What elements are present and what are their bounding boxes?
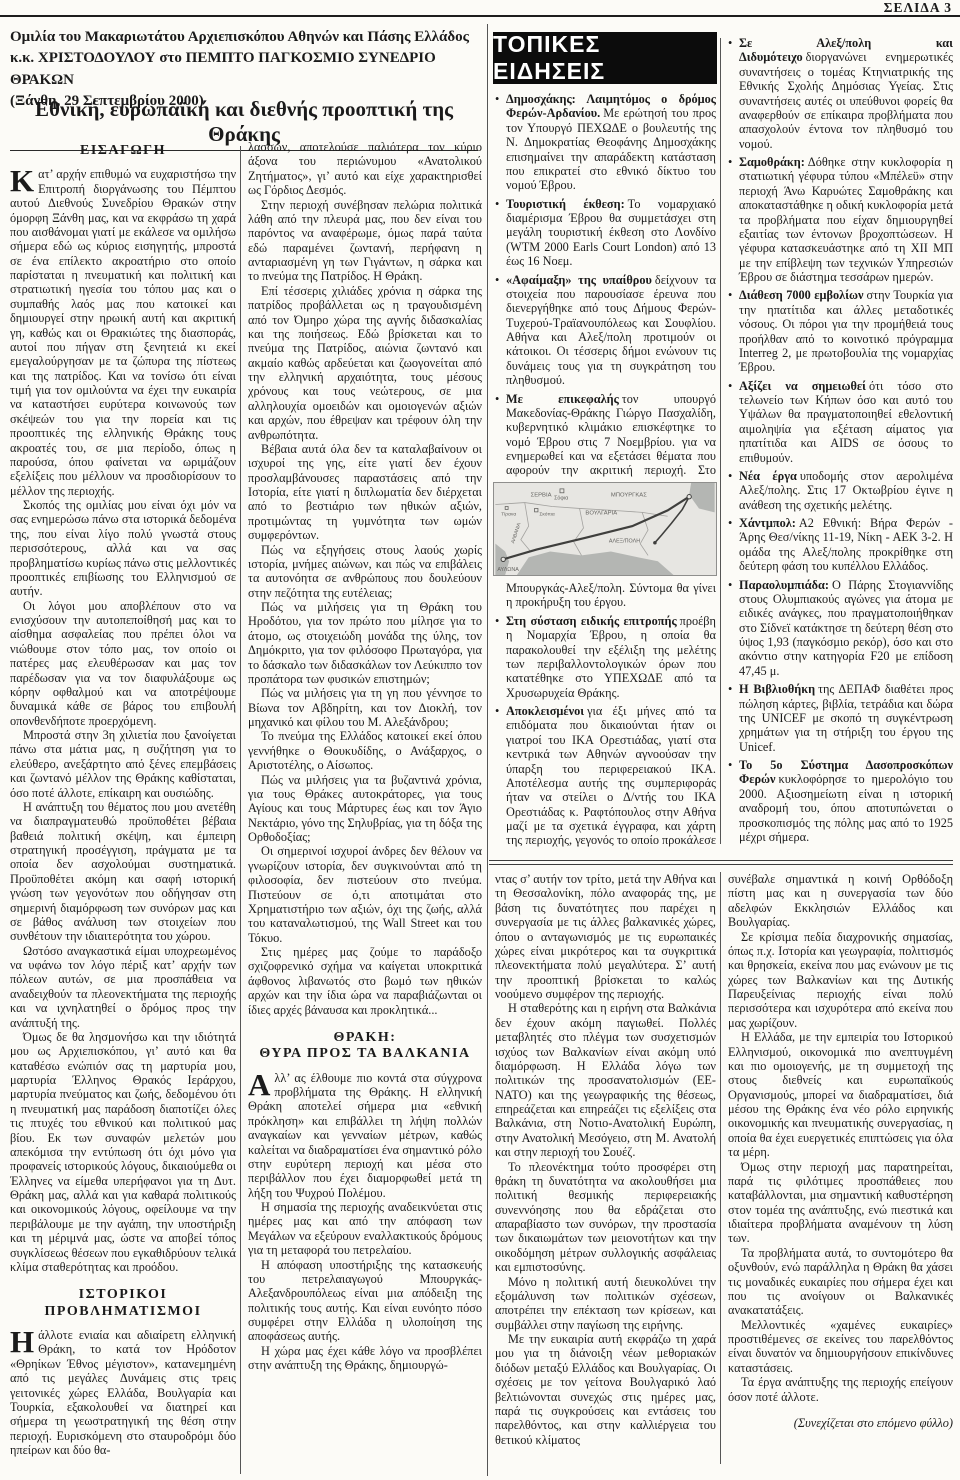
paragraph-text: Η απόφαση υποστήριξης της κατασκευής του… bbox=[248, 1258, 482, 1344]
article-paragraph: Αλλ’ ας έλθουμε πιο κοντά στα σύγχρονα π… bbox=[248, 1071, 482, 1200]
paragraph-text: Πώς να μιλήσεις για τη γη που γέννησε το… bbox=[248, 686, 482, 729]
news-item-text: διοργανώνει ενημερωτικές συναντήσεις ο τ… bbox=[739, 50, 953, 150]
news-item: Η Βιβλιοθήκητης ΔΕΠΑΦ διαθέτει προς πώλη… bbox=[728, 682, 953, 754]
article-block: Η σταθερότης και η ειρήνη στα Βαλκάνια δ… bbox=[495, 1001, 716, 1159]
article-paragraph: Μελλοντικές «χαμένες ευκαιρίες» προστιθέ… bbox=[728, 1318, 953, 1376]
article-block: Η ανάπτυξη του θέματος που μου ανετέθη ν… bbox=[10, 800, 236, 944]
article-paragraph: Βέβαια αυτά όλα δεν τα καταλαβαίνουν οι … bbox=[248, 442, 482, 543]
news-item: Με επικεφαλήςτον υπουργό Μακεδονίας-Θράκ… bbox=[495, 392, 716, 481]
news-item: Τουριστική έκθεση:Το νομαρχιακό διαμέρισ… bbox=[495, 197, 716, 269]
news-item-lead: Παραολυμπιάδα: bbox=[739, 578, 829, 592]
column-rule-2 bbox=[487, 24, 488, 1476]
article-column-1: ΕΙΣΑΓΩΓΗ Κατ’ αρχήν επιθυμώ να ευχαριστή… bbox=[10, 140, 236, 1478]
paragraph-text: Οι σημερινοί ισχυροί άνδρες δεν θέλουν ν… bbox=[248, 844, 482, 944]
paragraph-text: Σε κρίσιμα πεδία διαχρονικής σημασίας, ό… bbox=[728, 930, 953, 1030]
pipeline-endpoint-burgas bbox=[687, 495, 691, 499]
news-item-lead: «Αφαίμαξη» της υπαίθρου bbox=[506, 273, 652, 287]
news-item-text: Μπουργκάς-Αλεξ/πολη. Σύντομα θα γίνει η … bbox=[506, 582, 716, 609]
article-block: Η απόφαση υποστήριξης της κατασκευής του… bbox=[248, 1258, 482, 1344]
paragraph-text: Βέβαια αυτά όλα δεν τα καταλαβαίνουν οι … bbox=[248, 442, 482, 542]
pipeline-endpoint-avlona bbox=[501, 557, 505, 561]
news-item-lead: Στη σύσταση ειδικής επιτροπής bbox=[506, 614, 677, 628]
article-paragraph: Κατ’ αρχήν επιθυμώ να ευχαριστήσω την Επ… bbox=[10, 167, 236, 498]
column-rule-1 bbox=[240, 146, 241, 1474]
news-item: Αξίζει να σημειωθείότι τόσο στο τελωνείο… bbox=[728, 379, 953, 465]
article-block: Ηάλλοτε ενιαία και αδιαίρετη ελληνική Θρ… bbox=[10, 1328, 236, 1457]
article-block: Όμως δε θα λησμονήσω και την ιδιότητά μο… bbox=[10, 1030, 236, 1274]
article-block: Σε κρίσιμα πεδία διαχρονικής σημασίας, ό… bbox=[728, 930, 953, 1031]
article-block: Σκοπός της ομιλίας μου είναι όχι μόν να … bbox=[10, 498, 236, 599]
news-item: Σαμοθράκη:Δόθηκε στην κυκλοφορία η στατι… bbox=[728, 155, 953, 284]
article-paragraph: Η Ελλάδα, με την εμπειρία του Ιστορικού … bbox=[728, 1030, 953, 1159]
paragraph-text: Μπροστά στην 3η χιλιετία που ξανοίγεται … bbox=[10, 728, 236, 800]
paragraph-text: Στις ημέρες μας ζούμε το παράδοξο σχιζοφ… bbox=[248, 945, 482, 1017]
newspaper-page: ΣΕΛΙΔΑ 3 Ομιλία του Μακαριωτάτου Αρχιεπι… bbox=[0, 0, 960, 1480]
article-block: Η σημασία της περιοχής αναδεικνύεται στι… bbox=[248, 1200, 482, 1258]
section-heading: ΘΡΑΚΗ: ΘΥΡΑ ΠΡΟΣ ΤΑ ΒΑΛΚΑΝΙΑ bbox=[248, 1030, 482, 1063]
news-item-text: για έξι μήνες από τα επιδόματα που δικαι… bbox=[506, 704, 716, 848]
map-label-bulgaria: ΒΟΥΛΓΑΡΙΑ bbox=[585, 510, 617, 516]
article-paragraph: Επί τέσσερις χιλιάδες χρόνια η σάρκα της… bbox=[248, 284, 482, 442]
news-item: Μπουργκάς-Αλεξ/πολη. Σύντομα θα γίνει η … bbox=[495, 582, 716, 610]
map-label-tirana: Τίρανα bbox=[501, 511, 516, 517]
balkan-map-graphic: ΣΕΡΒΙΑ Σόφια ΜΠΟΥΡΓΚΑΣ Τίρανα Σκόπια ΒΟΥ… bbox=[494, 483, 716, 575]
news-item: Χάντμπολ:Α2 Εθνική: Βήρα Φερών - Άρης Θε… bbox=[728, 516, 953, 574]
article-block: Κατ’ αρχήν επιθυμώ να ευχαριστήσω την Επ… bbox=[10, 167, 236, 498]
news-item-lead: Διάθεση 7000 εμβολίων bbox=[739, 288, 864, 302]
map-label-skopje: Σκόπια bbox=[539, 510, 554, 517]
article-paragraph: Πώς να μιλήσεις για τη Θράκη του Ηροδότο… bbox=[248, 600, 482, 686]
news-item: Δημοσχάκης: Λαιμητόμος ο δρόμος Φερών-Αρ… bbox=[495, 92, 716, 193]
paragraph-text: Σκοπός της ομιλίας μου είναι όχι μόν να … bbox=[10, 498, 236, 598]
kicker-line-1: Ομιλία του Μακαριωτάτου Αρχιεπισκόπου Αθ… bbox=[10, 27, 482, 48]
paragraph-text: Επί τέσσερις χιλιάδες χρόνια η σάρκα της… bbox=[248, 284, 482, 442]
article-column-3: ντας σ’ αυτήν τον τρίτο, μετά την Αθήνα … bbox=[495, 872, 716, 1476]
paragraph-text: Η χώρα μας έχει κάθε λόγο να προσβλέπει … bbox=[248, 1344, 482, 1372]
map-label-alexpoli: ΑΛΕΞ/ΠΟΛΗ bbox=[609, 539, 640, 545]
column-rule-3 bbox=[720, 38, 721, 844]
pipeline-endpoint-alexpoli bbox=[653, 541, 657, 545]
paragraph-text: Με την ευκαιρία αυτή εκφράζω τη χαρά μου… bbox=[495, 1332, 716, 1447]
paragraph-text: Ωστόσο αναγκαστικά είμαι υποχρεωμένος να… bbox=[10, 944, 236, 1030]
news-item-text: δείχνουν τα στοιχεία που παρουσίασε έρευ… bbox=[506, 273, 716, 388]
article-paragraph: Πώς να εξηγήσεις στους λαούς χωρίς ιστορ… bbox=[248, 543, 482, 601]
city-marker-skopje bbox=[535, 508, 538, 511]
article-paragraph: Η απόφαση υποστήριξης της κατασκευής του… bbox=[248, 1258, 482, 1344]
news-item-lead: Αξίζει να σημειωθεί bbox=[739, 379, 866, 393]
article-block: ντας σ’ αυτήν τον τρίτο, μετά την Αθήνα … bbox=[495, 872, 716, 1001]
paragraph-text: Στην περιοχή συνέβησαν πελώρια πολιτικά … bbox=[248, 198, 482, 284]
article-paragraph: συνέβαλε σημαντικά η κοινή Ορθόδοξη πίστ… bbox=[728, 872, 953, 930]
article-block: Οι σημερινοί ισχυροί άνδρες δεν θέλουν ν… bbox=[248, 844, 482, 945]
article-block: (Συνεχίζεται στο επόμενο φύλλο) bbox=[728, 1416, 953, 1430]
article-block: Βέβαια αυτά όλα δεν τα καταλαβαίνουν οι … bbox=[248, 442, 482, 543]
local-news-column-2: Σε Αλεξ/πολη και Διδυμότειχοδιοργανώνει … bbox=[728, 36, 953, 848]
article-block: Πώς να μιλήσεις για τη Θράκη του Ηροδότο… bbox=[248, 600, 482, 686]
article-paragraph: Η χώρα μας έχει κάθε λόγο να προσβλέπει … bbox=[248, 1344, 482, 1373]
news-item-text: Δόθηκε στην κυκλοφορία η στατιωτική γέφυ… bbox=[739, 155, 953, 284]
news-item: Παραολυμπιάδα:Ο Πάρης Στογιαννίδης στους… bbox=[728, 578, 953, 679]
article-paragraph: Η σταθερότης και η ειρήνη στα Βαλκάνια δ… bbox=[495, 1001, 716, 1159]
news-item-lead: Νέα έργα bbox=[739, 469, 797, 483]
news-item: Το 5ο Σύστημα Δασοπροσκόπων Φερώνκυκλοφό… bbox=[728, 758, 953, 844]
article-paragraph: Μπροστά στην 3η χιλιετία που ξανοίγεται … bbox=[10, 728, 236, 800]
drop-cap: Η bbox=[10, 1328, 38, 1354]
column-rule-4 bbox=[720, 872, 721, 1464]
article-paragraph: Με την ευκαιρία αυτή εκφράζω τη χαρά μου… bbox=[495, 1332, 716, 1447]
article-paragraph: Πώς να μιλήσεις για τη γη που γέννησε το… bbox=[248, 686, 482, 729]
article-paragraph: Όμως στην περιοχή μας παρατηρείται, παρά… bbox=[728, 1160, 953, 1246]
map-label-avlona: ΑΥΛΩΝΑ bbox=[497, 567, 519, 573]
paragraph-text: Πώς να μιλήσεις για τα βυζαντινά χρόνια,… bbox=[248, 773, 482, 845]
drop-cap: Α bbox=[248, 1071, 274, 1097]
paragraph-text: Η Ελλάδα, με την εμπειρία του Ιστορικού … bbox=[728, 1030, 953, 1159]
article-paragraph: Σκοπός της ομιλίας μου είναι όχι μόν να … bbox=[10, 498, 236, 599]
paragraph-text: Μόνο η πολιτική αυτή διευκολύνει την εξο… bbox=[495, 1275, 716, 1332]
news-item-lead: Με επικεφαλής bbox=[506, 392, 619, 406]
paragraph-text: συνέβαλε σημαντικά η κοινή Ορθόδοξη πίστ… bbox=[728, 872, 953, 929]
article-block: Το πλεονέκτημα τούτο προσφέρει στη θράκη… bbox=[495, 1160, 716, 1275]
city-marker-tirana bbox=[505, 506, 508, 509]
article-block: λασσών, αποτελούσε παλιότερα τον κύριο ά… bbox=[248, 140, 482, 198]
paragraph-text: Η σταθερότης και η ειρήνη στα Βαλκάνια δ… bbox=[495, 1001, 716, 1159]
article-block: Μελλοντικές «χαμένες ευκαιρίες» προστιθέ… bbox=[728, 1318, 953, 1376]
article-block: Πώς να μιλήσεις για τα βυζαντινά χρόνια,… bbox=[248, 773, 482, 845]
article-paragraph: Τα προβλήματα αυτά, το συντομότερο θα οξ… bbox=[728, 1246, 953, 1318]
news-item-lead: Σαμοθράκη: bbox=[739, 155, 805, 169]
article-paragraph: Οι λόγοι μου αποβλέπουν στο να ενισχύσου… bbox=[10, 599, 236, 728]
paragraph-text: Όμως δε θα λησμονήσω και την ιδιότητά μο… bbox=[10, 1030, 236, 1274]
article-paragraph: Το πλεονέκτημα τούτο προσφέρει στη θράκη… bbox=[495, 1160, 716, 1275]
article-block: συνέβαλε σημαντικά η κοινή Ορθόδοξη πίστ… bbox=[728, 872, 953, 930]
news-item-lead: Η Βιβλιοθήκη bbox=[739, 682, 815, 696]
section-heading: ΙΣΤΟΡΙΚΟΙ ΠΡΟΒΛΗΜΑΤΙΣΜΟΙ bbox=[10, 1287, 236, 1320]
paragraph-text: Τα προβλήματα αυτά, το συντομότερο θα οξ… bbox=[728, 1246, 953, 1318]
continuation-note: (Συνεχίζεται στο επόμενο φύλλο) bbox=[728, 1416, 953, 1430]
section-divider-rule bbox=[489, 860, 953, 865]
article-paragraph: Η σημασία της περιοχής αναδεικνύεται στι… bbox=[248, 1200, 482, 1258]
article-paragraph: ντας σ’ αυτήν τον τρίτο, μετά την Αθήνα … bbox=[495, 872, 716, 1001]
paragraph-text: Μελλοντικές «χαμένες ευκαιρίες» προστιθέ… bbox=[728, 1318, 953, 1375]
map-label-burgas: ΜΠΟΥΡΓΚΑΣ bbox=[611, 493, 647, 499]
article-paragraph: Πώς να μιλήσεις για τα βυζαντινά χρόνια,… bbox=[248, 773, 482, 845]
article-block: Μόνο η πολιτική αυτή διευκολύνει την εξο… bbox=[495, 1275, 716, 1333]
news-item: Σε Αλεξ/πολη και Διδυμότειχοδιοργανώνει … bbox=[728, 36, 953, 151]
news-item: Νέα έργαυποδομής στον αερολιμένα Αλεξ/πο… bbox=[728, 469, 953, 512]
article-block: Πώς να εξηγήσεις στους λαούς χωρίς ιστορ… bbox=[248, 543, 482, 601]
news-item-lead: Τουριστική έκθεση: bbox=[506, 197, 625, 211]
article-block: Όμως στην περιοχή μας παρατηρείται, παρά… bbox=[728, 1160, 953, 1246]
section-heading: ΕΙΣΑΓΩΓΗ bbox=[10, 143, 236, 159]
paragraph-text: Όμως στην περιοχή μας παρατηρείται, παρά… bbox=[728, 1160, 953, 1246]
news-item: Διάθεση 7000 εμβολίωνστην Τουρκία για τη… bbox=[728, 288, 953, 374]
article-block: Η χώρα μας έχει κάθε λόγο να προσβλέπει … bbox=[248, 1344, 482, 1373]
map-label-serbia: ΣΕΡΒΙΑ bbox=[531, 493, 552, 499]
article-column-2: λασσών, αποτελούσε παλιότερα τον κύριο ά… bbox=[248, 140, 482, 1478]
city-marker-sofia bbox=[560, 489, 564, 493]
article-paragraph: Οι σημερινοί ισχυροί άνδρες δεν θέλουν ν… bbox=[248, 844, 482, 945]
article-block: Επί τέσσερις χιλιάδες χρόνια η σάρκα της… bbox=[248, 284, 482, 442]
drop-cap: Κ bbox=[10, 167, 38, 193]
article-column-4: συνέβαλε σημαντικά η κοινή Ορθόδοξη πίστ… bbox=[728, 872, 953, 1476]
kicker-line-2: κ.κ. ΧΡΙΣΤΟΔΟΥΛΟΥ στο ΠΕΜΠΤΟ ΠΑΓΚΟΣΜΙΟ Σ… bbox=[10, 48, 482, 91]
paragraph-text: Πώς να μιλήσεις για τη Θράκη του Ηροδότο… bbox=[248, 600, 482, 686]
article-paragraph: λασσών, αποτελούσε παλιότερα τον κύριο ά… bbox=[248, 140, 482, 198]
map-label-sofia: Σόφια bbox=[554, 495, 568, 502]
article-block: Η Ελλάδα, με την εμπειρία του Ιστορικού … bbox=[728, 1030, 953, 1159]
article-block: Το πνεύμα της Ελλάδος κατοικεί εκεί όπου… bbox=[248, 729, 482, 772]
article-block: Στην περιοχή συνέβησαν πελώρια πολιτικά … bbox=[248, 198, 482, 284]
local-news-column-1-upper: Δημοσχάκης: Λαιμητόμος ο δρόμος Φερών-Αρ… bbox=[495, 92, 716, 480]
article-block: Μπροστά στην 3η χιλιετία που ξανοίγεται … bbox=[10, 728, 236, 800]
article-block: ΙΣΤΟΡΙΚΟΙ ΠΡΟΒΛΗΜΑΤΙΣΜΟΙ bbox=[10, 1287, 236, 1320]
local-news-column-1-lower: Μπουργκάς-Αλεξ/πολη. Σύντομα θα γίνει η … bbox=[495, 582, 716, 848]
article-paragraph: Στις ημέρες μας ζούμε το παράδοξο σχιζοφ… bbox=[248, 945, 482, 1017]
paragraph-text: Το πνεύμα της Ελλάδος κατοικεί εκεί όπου… bbox=[248, 729, 482, 772]
article-block: Στις ημέρες μας ζούμε το παράδοξο σχιζοφ… bbox=[248, 945, 482, 1017]
article-block: Τα προβλήματα αυτά, το συντομότερο θα οξ… bbox=[728, 1246, 953, 1318]
article-block: Με την ευκαιρία αυτή εκφράζω τη χαρά μου… bbox=[495, 1332, 716, 1447]
page-number-label: ΣΕΛΙΔΑ 3 bbox=[884, 0, 952, 16]
article-paragraph: Τα έργα ανάπτυξης της περιοχής επείγουν … bbox=[728, 1375, 953, 1404]
article-block: ΕΙΣΑΓΩΓΗ bbox=[10, 143, 236, 159]
news-item-lead: Χάντμπολ: bbox=[739, 516, 796, 530]
article-paragraph: Σε κρίσιμα πεδία διαχρονικής σημασίας, ό… bbox=[728, 930, 953, 1031]
local-news-header: ΤΟΠΙΚΕΣ ΕΙΔΗΣΕΙΣ bbox=[493, 32, 717, 84]
article-block: Οι λόγοι μου αποβλέπουν στο να ενισχύσου… bbox=[10, 599, 236, 728]
news-item-lead: Αποκλεισμένοι bbox=[506, 704, 584, 718]
article-paragraph: Μόνο η πολιτική αυτή διευκολύνει την εξο… bbox=[495, 1275, 716, 1333]
article-block: Τα έργα ανάπτυξης της περιοχής επείγουν … bbox=[728, 1375, 953, 1404]
article-paragraph: Το πνεύμα της Ελλάδος κατοικεί εκεί όπου… bbox=[248, 729, 482, 772]
paragraph-text: ατ’ αρχήν επιθυμώ να ευχαριστήσω την Επι… bbox=[10, 167, 236, 497]
paragraph-text: Οι λόγοι μου αποβλέπουν στο να ενισχύσου… bbox=[10, 599, 236, 728]
article-block: Ωστόσο αναγκαστικά είμαι υποχρεωμένος να… bbox=[10, 944, 236, 1030]
news-item-text: Ο Πάρης Στογιαννίδης στους Ολυμπιακούς α… bbox=[739, 578, 953, 678]
article-paragraph: Όμως δε θα λησμονήσω και την ιδιότητά μο… bbox=[10, 1030, 236, 1274]
article-paragraph: Στην περιοχή συνέβησαν πελώρια πολιτικά … bbox=[248, 198, 482, 284]
paragraph-text: ντας σ’ αυτήν τον τρίτο, μετά την Αθήνα … bbox=[495, 872, 716, 1001]
paragraph-text: Το πλεονέκτημα τούτο προσφέρει στη θράκη… bbox=[495, 1160, 716, 1275]
news-item: «Αφαίμαξη» της υπαίθρουδείχνουν τα στοιχ… bbox=[495, 273, 716, 388]
news-item: Αποκλεισμένοιγια έξι μήνες από τα επιδόμ… bbox=[495, 704, 716, 848]
paragraph-text: άλλοτε ενιαία και αδιαίρετη ελληνική Θρά… bbox=[10, 1328, 236, 1457]
paragraph-text: Η σημασία της περιοχής αναδεικνύεται στι… bbox=[248, 1200, 482, 1257]
pipeline-map: ΣΕΡΒΙΑ Σόφια ΜΠΟΥΡΓΚΑΣ Τίρανα Σκόπια ΒΟΥ… bbox=[493, 482, 717, 576]
article-block: Αλλ’ ας έλθουμε πιο κοντά στα σύγχρονα π… bbox=[248, 1071, 482, 1200]
article-paragraph: Ωστόσο αναγκαστικά είμαι υποχρεωμένος να… bbox=[10, 944, 236, 1030]
paragraph-text: Πώς να εξηγήσεις στους λαούς χωρίς ιστορ… bbox=[248, 543, 482, 600]
paragraph-text: λασσών, αποτελούσε παλιότερα τον κύριο ά… bbox=[248, 140, 482, 197]
news-item: Στη σύσταση ειδικής επιτροπήςπροέβη η Νο… bbox=[495, 614, 716, 700]
article-block: ΘΡΑΚΗ: ΘΥΡΑ ΠΡΟΣ ΤΑ ΒΑΛΚΑΝΙΑ bbox=[248, 1030, 482, 1063]
top-rule bbox=[0, 15, 960, 17]
paragraph-text: Η ανάπτυξη του θέματος που μου ανετέθη ν… bbox=[10, 800, 236, 943]
article-paragraph: Η ανάπτυξη του θέματος που μου ανετέθη ν… bbox=[10, 800, 236, 944]
paragraph-text: λλ’ ας έλθουμε πιο κοντά στα σύγχρονα πρ… bbox=[248, 1071, 482, 1200]
article-block: Πώς να μιλήσεις για τη γη που γέννησε το… bbox=[248, 686, 482, 729]
paragraph-text: Τα έργα ανάπτυξης της περιοχής επείγουν … bbox=[728, 1375, 953, 1403]
article-paragraph: Ηάλλοτε ενιαία και αδιαίρετη ελληνική Θρ… bbox=[10, 1328, 236, 1457]
